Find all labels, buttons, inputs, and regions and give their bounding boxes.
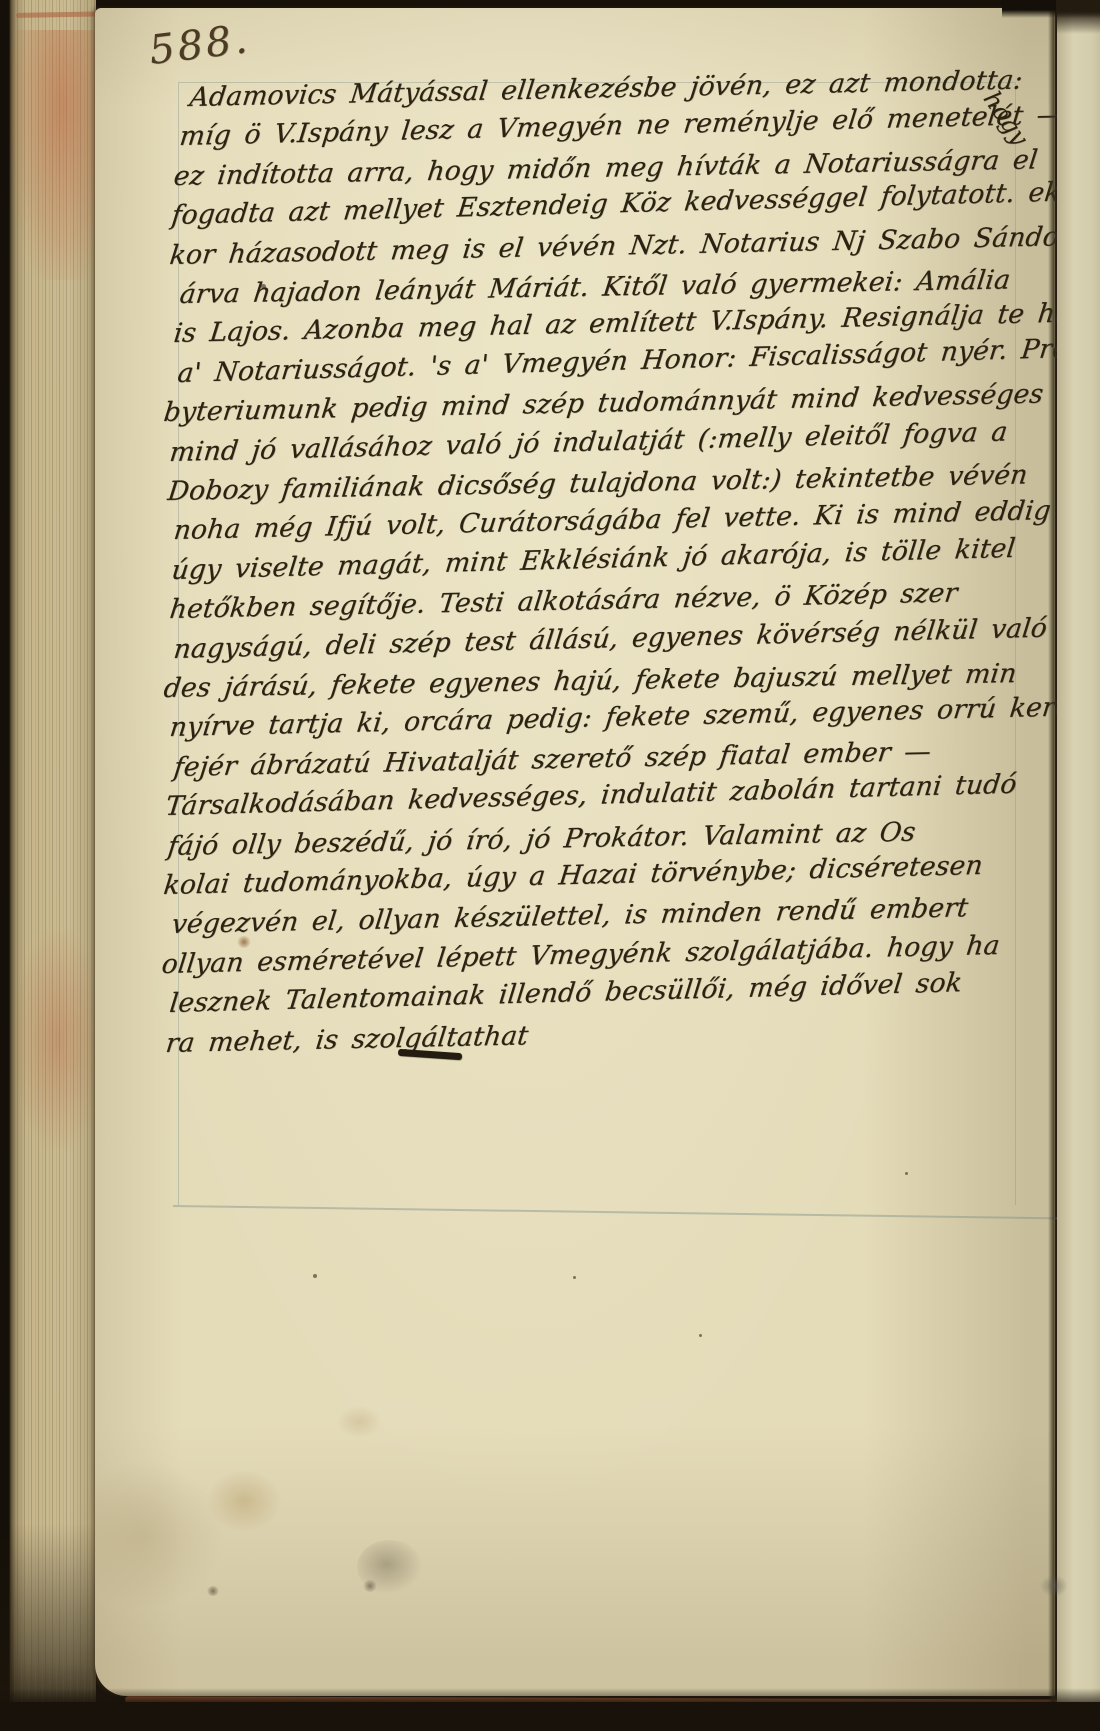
ruled-frame-bottom-line (173, 1205, 1067, 1219)
ink-speck (573, 1276, 576, 1279)
ink-speck (313, 1274, 317, 1278)
next-page-edge (1057, 0, 1100, 1731)
red-edge-tint-top (12, 30, 96, 280)
cover-bottom-edge (0, 1702, 1100, 1731)
manuscript-photo: 588. Adamovics Mátyással ellenkezésbe jö… (0, 0, 1100, 1731)
stain (65, 1460, 225, 1610)
stain (363, 1580, 377, 1592)
book-top-edge-shadow (0, 0, 1100, 8)
ink-speck (905, 1172, 908, 1175)
page-number: 588. (147, 16, 253, 74)
red-edge-tint-middle (14, 930, 94, 1150)
gutter-smudge (1040, 1575, 1068, 1597)
stain (207, 1586, 219, 1596)
book-page: 588. Adamovics Mátyással ellenkezésbe jö… (95, 8, 1055, 1696)
ink-speck (699, 1334, 702, 1337)
cover-corner-top-right-inner (1056, 0, 1100, 34)
stain (337, 1406, 381, 1438)
stain (237, 936, 251, 948)
ink-speck (261, 284, 266, 289)
